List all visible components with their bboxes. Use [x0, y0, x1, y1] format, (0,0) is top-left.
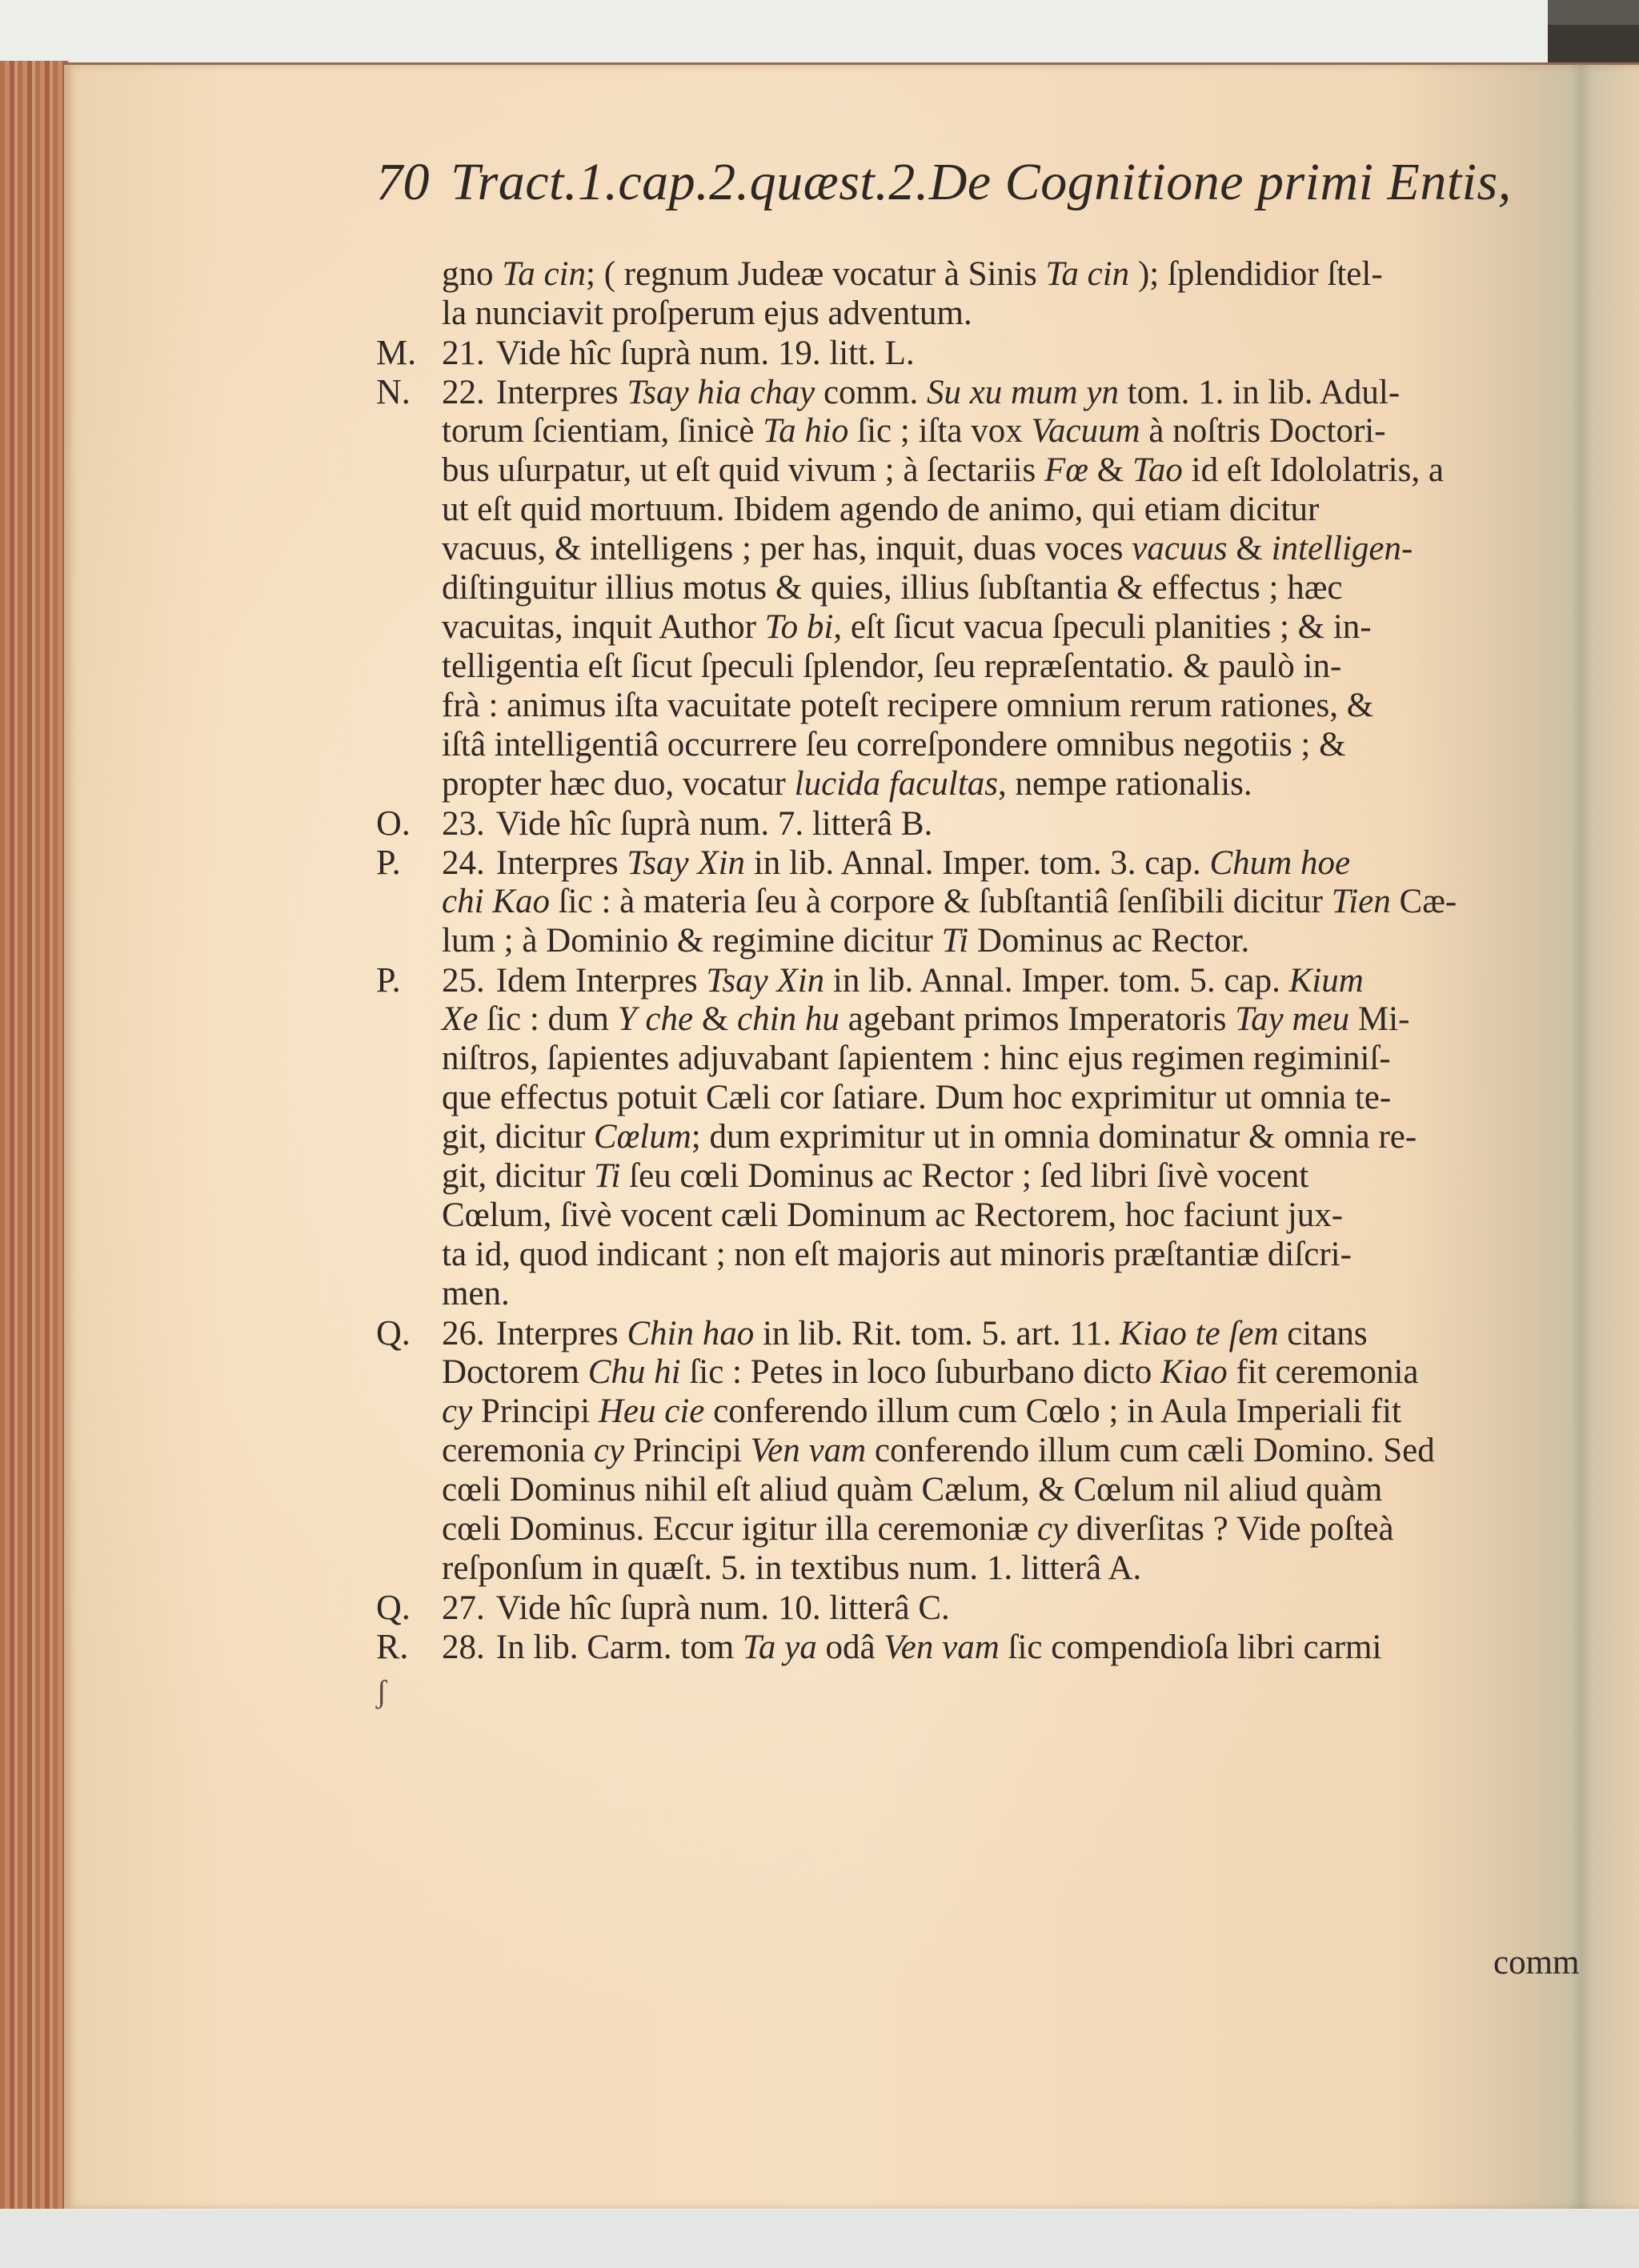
text-run: Vide hîc ſuprà num. 7. litterâ B. — [496, 805, 933, 843]
text-line: git, dicitur Cœlum; dum exprimitur ut in… — [376, 1117, 1639, 1156]
text-run: git, dicitur — [442, 1118, 594, 1156]
text-run: lum ; à Dominio & regimine dicitur — [442, 922, 942, 960]
text-run: , eſt ſicut vacua ſpeculi planities ; & … — [833, 608, 1371, 646]
italic-term: Su xu mum yn — [927, 374, 1119, 411]
italic-term: Kiao — [1160, 1353, 1228, 1391]
italic-term: Ti — [942, 922, 969, 960]
text-line: que effectus potuit Cæli cor ſatiare. Du… — [376, 1078, 1639, 1117]
catchword: comm — [1493, 1943, 1579, 1982]
italic-term: Kiao te ſem — [1120, 1315, 1278, 1352]
running-head: 70Tract.1.cap.2.quæst.2.De Cognitione pr… — [376, 152, 1512, 213]
italic-term: Ti — [594, 1157, 621, 1195]
note-number: 22. — [442, 374, 485, 411]
background-bottom — [0, 2210, 1639, 2268]
text-run: cœli Dominus. Eccur igitur illa ceremoni… — [442, 1510, 1037, 1548]
text-run: ſic : dum — [478, 1000, 617, 1038]
text-run: que effectus potuit Cæli cor ſatiare. Du… — [442, 1079, 1391, 1116]
italic-term: Tay meu — [1235, 1000, 1349, 1038]
text-run: ); ſplendidior ſtel- — [1129, 255, 1382, 293]
note-entry-line: P.24.Interpres Tsay Xin in lib. Annal. I… — [376, 843, 1639, 882]
text-run: ta id, quod indicant ; non eſt majoris a… — [442, 1236, 1352, 1273]
text-run: torum ſcientiam, ſinicè — [442, 412, 763, 450]
text-run: propter hæc duo, vocatur — [442, 765, 795, 803]
text-line: cy Principi Heu cie conferendo illum cum… — [376, 1392, 1639, 1431]
text-run: Principi — [472, 1392, 599, 1430]
text-run: reſponſum in quæſt. 5. in textibus num. … — [442, 1549, 1141, 1587]
note-entry-line: M.21.Vide hîc ſuprà num. 19. litt. L. — [376, 333, 1639, 372]
text-line: ta id, quod indicant ; non eſt majoris a… — [376, 1235, 1639, 1274]
text-line: diſtinguitur illius motus & quies, illiu… — [376, 568, 1639, 607]
text-run: & — [1088, 451, 1132, 489]
text-run: agebant primos Imperatoris — [840, 1000, 1235, 1038]
text-run: men. — [442, 1275, 510, 1312]
text-run: ; ( regnum Judeæ vocatur à Sinis — [586, 255, 1045, 293]
italic-term: Vacuum — [1032, 412, 1140, 450]
text-run: vacuitas, inquit Author — [442, 608, 765, 646]
text-line: chi Kao ſic : à materia ſeu à corpore & … — [376, 882, 1639, 921]
text-run: Vide hîc ſuprà num. 19. litt. L. — [496, 335, 915, 372]
note-entry-line: Q.27.Vide hîc ſuprà num. 10. litterâ C. — [376, 1588, 1639, 1627]
text-run: telligentia eſt ſicut ſpeculi ſplendor, … — [442, 647, 1341, 685]
text-line: cœli Dominus nihil eſt aliud quàm Cælum,… — [376, 1470, 1639, 1509]
note-letter: O. — [376, 803, 442, 843]
text-line: vacuitas, inquit Author To bi, eſt ſicut… — [376, 607, 1639, 647]
italic-term: Ven vam — [751, 1432, 866, 1469]
background-top — [0, 0, 1639, 62]
text-run: fit ceremonia — [1228, 1353, 1419, 1391]
italic-term: Heu cie — [599, 1392, 705, 1430]
text-line: torum ſcientiam, ſinicè Ta hio ſic ; iſt… — [376, 411, 1639, 451]
note-entry-line: O.23.Vide hîc ſuprà num. 7. litterâ B. — [376, 803, 1639, 843]
italic-term: Chu hi — [588, 1353, 681, 1391]
note-number: 26. — [442, 1315, 485, 1352]
text-run: , nempe rationalis. — [998, 765, 1252, 803]
note-number: 27. — [442, 1589, 485, 1627]
italic-term: Cœlum — [594, 1118, 691, 1156]
text-line: ut eſt quid mortuum. Ibidem agendo de an… — [376, 490, 1639, 529]
text-line: gno Ta cin; ( regnum Judeæ vocatur à Sin… — [376, 254, 1639, 294]
italic-term: Y che — [618, 1000, 693, 1038]
page-fore-edge — [0, 61, 69, 2209]
text-run: comm. — [815, 374, 927, 411]
text-line: ceremonia cy Principi Ven vam conferendo… — [376, 1431, 1639, 1470]
italic-term: chi Kao — [442, 883, 550, 920]
italic-term: To bi — [765, 608, 834, 646]
text-run: conferendo illum cum Cœlo ; in Aula Impe… — [704, 1392, 1401, 1430]
italic-term: cy — [1037, 1510, 1068, 1548]
text-run: Doctorem — [442, 1353, 588, 1391]
text-run: Interpres — [496, 1315, 627, 1352]
body-text: gno Ta cin; ( regnum Judeæ vocatur à Sin… — [376, 254, 1639, 1666]
text-run: ; dum exprimitur ut in omnia dominatur &… — [691, 1118, 1417, 1156]
note-letter: Q. — [376, 1313, 442, 1352]
text-run: ſic : à materia ſeu à corpore & ſubſtant… — [550, 883, 1332, 920]
text-run: niſtros, ſapientes adjuvabant ſapientem … — [442, 1040, 1391, 1077]
text-line: reſponſum in quæſt. 5. in textibus num. … — [376, 1549, 1639, 1588]
text-run: in lib. Annal. Imper. tom. 5. cap. — [824, 962, 1288, 1000]
note-number: 23. — [442, 805, 485, 843]
italic-term: Fœ — [1044, 451, 1088, 489]
italic-term: lucida facultas — [795, 765, 998, 803]
note-entry-line: N.22.Interpres Tsay hia chay comm. Su xu… — [376, 372, 1639, 411]
text-run: cœli Dominus nihil eſt aliud quàm Cælum,… — [442, 1471, 1382, 1509]
text-run: Principi — [624, 1432, 751, 1469]
text-line: iſtâ intelligentiâ occurrere ſeu correſp… — [376, 725, 1639, 764]
note-number: 28. — [442, 1629, 485, 1666]
note-letter: P. — [376, 843, 442, 882]
text-line: lum ; à Dominio & regimine dicitur Ti Do… — [376, 921, 1639, 960]
text-run: ſic compendioſa libri carmi — [1000, 1629, 1382, 1666]
italic-term: Chin hao — [627, 1315, 754, 1352]
italic-term: Tsay hia chay — [627, 374, 815, 411]
text-line: la nunciavit proſperum ejus adventum. — [376, 294, 1639, 333]
italic-term: vacuus — [1132, 530, 1227, 567]
italic-term: Ta cin — [1045, 255, 1129, 293]
text-run: ſeu cœli Dominus ac Rector ; ſed libri ſ… — [620, 1157, 1308, 1195]
note-entry-line: P.25.Idem Interpres Tsay Xin in lib. Ann… — [376, 960, 1639, 1000]
italic-term: cy — [442, 1392, 472, 1430]
text-line: git, dicitur Ti ſeu cœli Dominus ac Rect… — [376, 1156, 1639, 1196]
text-run: In lib. Carm. tom — [496, 1629, 743, 1666]
text-run: ceremonia — [442, 1432, 594, 1469]
text-run: à noſtris Doctori- — [1140, 412, 1386, 450]
text-run: diſtinguitur illius motus & quies, illiu… — [442, 569, 1343, 607]
text-line: telligentia eſt ſicut ſpeculi ſplendor, … — [376, 647, 1639, 686]
page-number: 70 — [376, 153, 430, 211]
text-run: iſtâ intelligentiâ occurrere ſeu correſp… — [442, 726, 1346, 763]
note-number: 24. — [442, 844, 485, 882]
text-run: ſic : Petes in loco ſuburbano dicto — [681, 1353, 1161, 1391]
note-letter: M. — [376, 333, 442, 372]
text-line: frà : animus iſta vacuitate poteſt recip… — [376, 686, 1639, 725]
running-head-title: Tract.1.cap.2.quæst.2.De Cognitione prim… — [451, 153, 1512, 211]
note-letter: Q. — [376, 1588, 442, 1627]
text-line: vacuus, & intelligens ; per has, inquit,… — [376, 529, 1639, 568]
text-line: Cœlum, ſivè vocent cæli Dominum ac Recto… — [376, 1196, 1639, 1235]
text-run: bus uſurpatur, ut eſt quid vivum ; à ſec… — [442, 451, 1044, 489]
italic-term: Tao — [1132, 451, 1183, 489]
italic-term: Chum hoe — [1209, 844, 1350, 882]
text-line: bus uſurpatur, ut eſt quid vivum ; à ſec… — [376, 451, 1639, 490]
note-letter: R. — [376, 1627, 442, 1666]
text-run: gno — [442, 255, 502, 293]
text-run: Interpres — [496, 844, 627, 882]
text-run: & — [1228, 530, 1272, 567]
text-run: Dominus ac Rector. — [968, 922, 1249, 960]
italic-term: Ta ya — [743, 1629, 817, 1666]
text-run: in lib. Annal. Imper. tom. 3. cap. — [745, 844, 1209, 882]
text-run: vacuus, & intelligens ; per has, inquit,… — [442, 530, 1132, 567]
note-letter: P. — [376, 960, 442, 1000]
text-run: in lib. Rit. tom. 5. art. 11. — [754, 1315, 1120, 1352]
text-run: odâ — [817, 1629, 884, 1666]
note-letter: N. — [376, 372, 442, 411]
note-entry-line: Q.26.Interpres Chin hao in lib. Rit. tom… — [376, 1313, 1639, 1352]
note-entry-line: R.28.In lib. Carm. tom Ta ya odâ Ven vam… — [376, 1627, 1639, 1666]
text-line: Doctorem Chu hi ſic : Petes in loco ſubu… — [376, 1352, 1639, 1392]
text-run: tom. 1. in lib. Adul- — [1119, 374, 1400, 411]
italic-term: intelligen- — [1272, 530, 1413, 567]
text-line: Xe ſic : dum Y che & chin hu agebant pri… — [376, 1000, 1639, 1039]
text-run: Mi- — [1349, 1000, 1409, 1038]
italic-term: cy — [594, 1432, 624, 1469]
italic-term: Kium — [1289, 962, 1364, 1000]
italic-term: Ta hio — [763, 412, 848, 450]
text-line: cœli Dominus. Eccur igitur illa ceremoni… — [376, 1509, 1639, 1549]
text-line: propter hæc duo, vocatur lucida facultas… — [376, 764, 1639, 803]
margin-mark: ʃ — [376, 1673, 387, 1710]
text-run: & — [693, 1000, 737, 1038]
text-run: conferendo illum cum cæli Domino. Sed — [866, 1432, 1435, 1469]
text-run: Interpres — [496, 374, 627, 411]
text-run: Cæ- — [1391, 883, 1457, 920]
text-run: la nunciavit proſperum ejus adventum. — [442, 295, 972, 332]
italic-term: Ta cin — [502, 255, 586, 293]
book-clamp — [1548, 0, 1639, 70]
italic-term: chin hu — [737, 1000, 840, 1038]
text-run: citans — [1279, 1315, 1368, 1352]
note-number: 25. — [442, 962, 485, 1000]
text-run: ut eſt quid mortuum. Ibidem agendo de an… — [442, 491, 1319, 528]
italic-term: Xe — [442, 1000, 478, 1038]
text-run: frà : animus iſta vacuitate poteſt recip… — [442, 687, 1373, 724]
text-run: id eſt Idololatris, a — [1183, 451, 1444, 489]
text-line: niſtros, ſapientes adjuvabant ſapientem … — [376, 1039, 1639, 1078]
text-run: diverſitas ? Vide poſteà — [1068, 1510, 1393, 1548]
italic-term: Tien — [1332, 883, 1391, 920]
italic-term: Tsay Xin — [706, 962, 824, 1000]
text-line: men. — [376, 1274, 1639, 1313]
text-run: Cœlum, ſivè vocent cæli Dominum ac Recto… — [442, 1196, 1343, 1234]
text-run: Idem Interpres — [496, 962, 707, 1000]
note-number: 21. — [442, 335, 485, 372]
text-run: git, dicitur — [442, 1157, 594, 1195]
text-run: Vide hîc ſuprà num. 10. litterâ C. — [496, 1589, 950, 1627]
italic-term: Ven vam — [884, 1629, 999, 1666]
italic-term: Tsay Xin — [627, 844, 745, 882]
text-run: ſic ; iſta vox — [848, 412, 1031, 450]
